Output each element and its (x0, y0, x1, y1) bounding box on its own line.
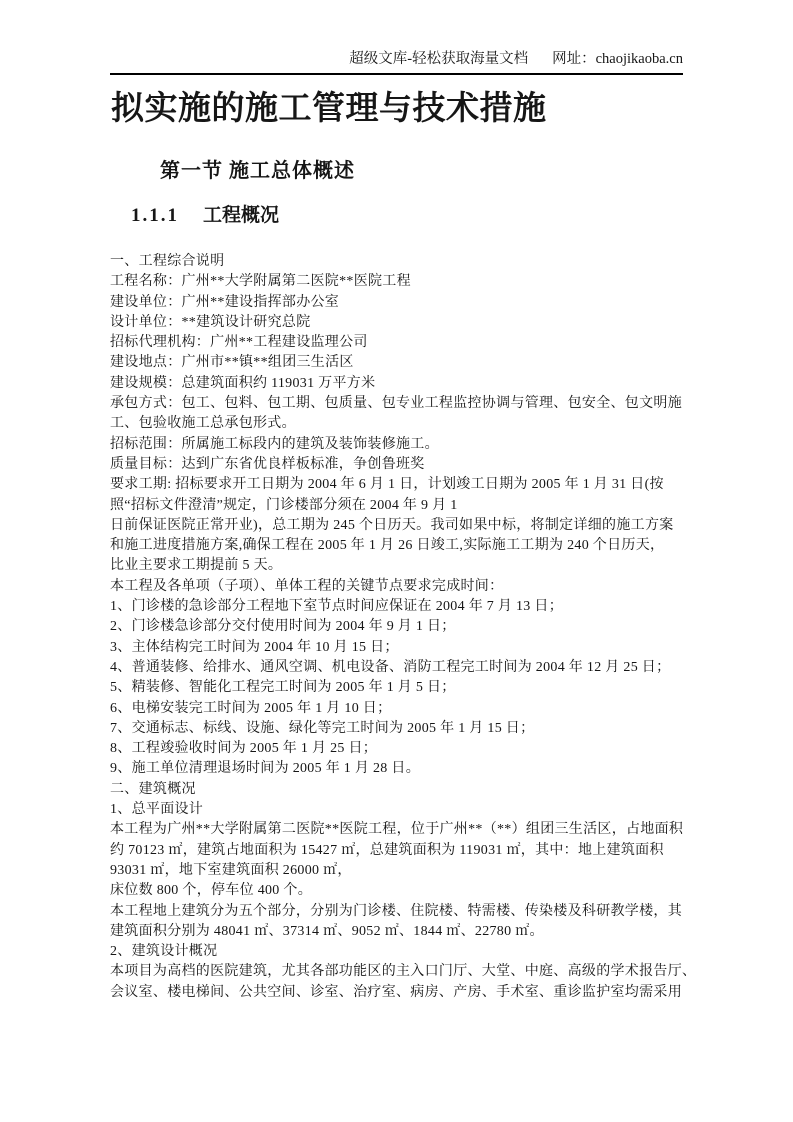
text-line: 5、精装修、智能化工程完工时间为 2005 年 1 月 5 日； (110, 678, 683, 698)
text-line: 招标代理机构：广州**工程建设监理公司 (110, 333, 683, 353)
text-line: 7、交通标志、标线、设施、绿化等完工时间为 2005 年 1 月 15 日； (110, 719, 683, 739)
text-line: 2、建筑设计概况 (110, 942, 683, 962)
document-body: 一、工程综合说明 工程名称：广州**大学附属第二医院**医院工程 建设单位：广州… (110, 252, 683, 1003)
text-line: 本工程为广州**大学附属第二医院**医院工程，位于广州**（**）组团三生活区，… (110, 820, 683, 840)
text-line: 招标范围：所属施工标段内的建筑及装饰装修施工。 (110, 435, 683, 455)
text-line: 建筑面积分别为 48041 ㎡、37314 ㎡、9052 ㎡、1844 ㎡、22… (110, 922, 683, 942)
text-line: 工程名称：广州**大学附属第二医院**医院工程 (110, 272, 683, 292)
text-line: 建设规模：总建筑面积约 119031 万平方米 (110, 374, 683, 394)
text-line: 承包方式：包工、包料、包工期、包质量、包专业工程监控协调与管理、包安全、包文明施 (110, 394, 683, 414)
text-line: 本工程地上建筑分为五个部分，分别为门诊楼、住院楼、特需楼、传染楼及科研教学楼，其 (110, 902, 683, 922)
text-line: 4、普通装修、给排水、通风空调、机电设备、消防工程完工时间为 2004 年 12… (110, 658, 683, 678)
text-line: 工、包验收施工总承包形式。 (110, 414, 683, 434)
text-line: 1、总平面设计 (110, 800, 683, 820)
text-line: 2、门诊楼急诊部分交付使用时间为 2004 年 9 月 1 日； (110, 617, 683, 637)
text-line: 本项目为高档的医院建筑，尤其各部功能区的主入口门厅、大堂、中庭、高级的学术报告厅… (110, 962, 683, 982)
sub-heading-text: 工程概况 (203, 205, 279, 226)
document-title: 拟实施的施工管理与技术措施 (111, 88, 547, 130)
sub-heading: 1.1.1工程概况 (131, 203, 279, 228)
page-header: 超级文库-轻松获取海量文档网址：chaojikaoba.cn (110, 50, 683, 75)
text-line: 6、电梯安装完工时间为 2005 年 1 月 10 日； (110, 699, 683, 719)
text-line: 日前保证医院正常开业)，总工期为 245 个日历天。我司如果中标，将制定详细的施… (110, 516, 683, 536)
text-line: 二、建筑概况 (110, 780, 683, 800)
text-line: 建设单位：广州**建设指挥部办公室 (110, 293, 683, 313)
text-line: 会议室、楼电梯间、公共空间、诊室、治疗室、病房、产房、手术室、重诊监护室均需采用 (110, 983, 683, 1003)
sub-heading-number: 1.1.1 (131, 205, 179, 226)
text-line: 9、施工单位清理退场时间为 2005 年 1 月 28 日。 (110, 759, 683, 779)
text-line: 约 70123 ㎡，建筑占地面积为 15427 ㎡，总建筑面积为 119031 … (110, 841, 683, 861)
header-site-label: 超级文库-轻松获取海量文档 (349, 51, 528, 67)
text-line: 93031 ㎡，地下室建筑面积 26000 ㎡， (110, 861, 683, 881)
text-line: 要求工期: 招标要求开工日期为 2004 年 6 月 1 日，计划竣工日期为 2… (110, 475, 683, 495)
section-heading: 第一节 施工总体概述 (160, 158, 355, 184)
text-line: 一、工程综合说明 (110, 252, 683, 272)
text-line: 床位数 800 个，停车位 400 个。 (110, 881, 683, 901)
text-line: 8、工程竣验收时间为 2005 年 1 月 25 日； (110, 739, 683, 759)
text-line: 本工程及各单项（子项）、单体工程的关键节点要求完成时间： (110, 577, 683, 597)
text-line: 1、门诊楼的急诊部分工程地下室节点时间应保证在 2004 年 7 月 13 日； (110, 597, 683, 617)
text-line: 比业主要求工期提前 5 天。 (110, 556, 683, 576)
header-url-label: 网址：chaojikaoba.cn (552, 51, 683, 67)
text-line: 设计单位：**建筑设计研究总院 (110, 313, 683, 333)
text-line: 质量目标：达到广东省优良样板标准，争创鲁班奖 (110, 455, 683, 475)
text-line: 3、主体结构完工时间为 2004 年 10 月 15 日； (110, 638, 683, 658)
text-line: 建设地点：广州市**镇**组团三生活区 (110, 353, 683, 373)
text-line: 照“招标文件澄清”规定，门诊楼部分须在 2004 年 9 月 1 (110, 496, 683, 516)
document-page: 超级文库-轻松获取海量文档网址：chaojikaoba.cn 拟实施的施工管理与… (0, 0, 793, 1122)
text-line: 和施工进度措施方案,确保工程在 2005 年 1 月 26 日竣工,实际施工工期… (110, 536, 683, 556)
